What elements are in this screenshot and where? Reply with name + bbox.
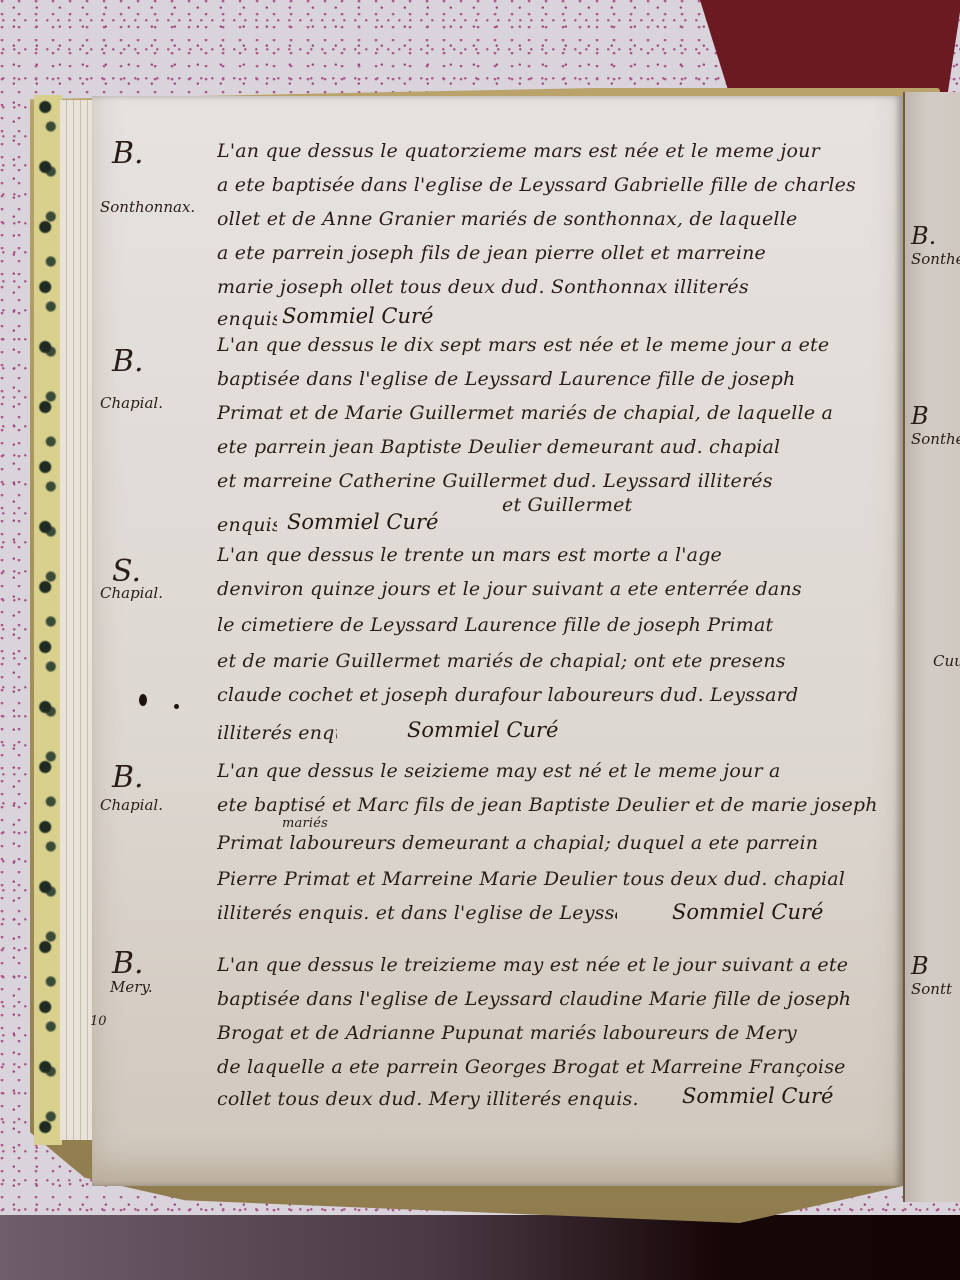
- register-page: B. Sonthonnax. L'an que dessus le quator…: [92, 96, 902, 1186]
- facing-note-letter: B.: [911, 222, 960, 250]
- entry-line: L'an que dessus le quatorzieme mars est …: [217, 140, 902, 162]
- entry-line: denviron quinze jours et le jour suivant…: [217, 578, 902, 600]
- facing-note: B Sonthe: [911, 402, 960, 448]
- entry-line: ete baptisé et Marc fils de jean Baptist…: [217, 794, 902, 816]
- entry-line: Primat laboureurs demeurant a chapial; d…: [217, 832, 902, 854]
- entry-line: a ete baptisée dans l'eglise de Leyssard…: [217, 174, 902, 196]
- entry-line: a ete parrein joseph fils de jean pierre…: [217, 242, 902, 264]
- entry-line: ollet et de Anne Granier mariés de sonth…: [217, 208, 902, 230]
- entry-line: marie joseph ollet tous deux dud. Sontho…: [217, 276, 902, 298]
- facing-note-place: Sontt: [911, 980, 952, 998]
- facing-note-place: Cuu: [933, 652, 960, 670]
- entry-place: Sonthonnax.: [100, 198, 195, 216]
- entry-type-mark: B.: [112, 946, 144, 981]
- entry-line: collet tous deux dud. Mery illiterés enq…: [217, 1088, 657, 1110]
- facing-note: B. Sonthe: [911, 222, 960, 268]
- entry-line: L'an que dessus le seizieme may est né e…: [217, 760, 902, 782]
- priest-signature: Sommiel Curé: [672, 900, 823, 924]
- entry-place: Chapial.: [100, 394, 163, 412]
- entry-type-mark: B.: [112, 760, 144, 795]
- entry-type-mark: B.: [112, 344, 144, 379]
- entry-line: Pierre Primat et Marreine Marie Deulier …: [217, 868, 902, 890]
- entry-line: L'an que dessus le dix sept mars est née…: [217, 334, 902, 356]
- facing-note-place: Sonthe: [911, 430, 960, 448]
- facing-note: Cuu: [933, 652, 960, 670]
- entry-line: de laquelle a ete parrein Georges Brogat…: [217, 1056, 902, 1078]
- facing-note-letter: B: [911, 402, 960, 430]
- entry-line: et marreine Catherine Guillermet dud. Le…: [217, 470, 902, 492]
- entry-line: Brogat et de Adrianne Pupunat mariés lab…: [217, 1022, 902, 1044]
- entry-line: baptisée dans l'eglise de Leyssard claud…: [217, 988, 902, 1010]
- priest-signature: Sommiel Curé: [287, 510, 438, 534]
- priest-signature: Sommiel Curé: [407, 718, 558, 742]
- marbled-page-edge: [34, 95, 62, 1145]
- entry-line: Primat et de Marie Guillermet mariés de …: [217, 402, 902, 424]
- entry-line: et de marie Guillermet mariés de chapial…: [217, 650, 902, 672]
- priest-signature: Sommiel Curé: [682, 1084, 833, 1108]
- facing-note-place: Sonthe: [911, 250, 960, 268]
- entry-line: illiterés enquis.: [217, 722, 337, 744]
- facing-page: B. Sonthe B Sonthe Cuu B Sontt: [903, 92, 960, 1202]
- entry-line: le cimetiere de Leyssard Laurence fille …: [217, 614, 902, 636]
- entry-line: enquis.: [217, 308, 277, 330]
- entry-place: Chapial.: [100, 584, 163, 602]
- entry-line: L'an que dessus le trente un mars est mo…: [217, 544, 902, 566]
- entry-place: Mery.: [110, 978, 153, 996]
- entry-line: baptisée dans l'eglise de Leyssard Laure…: [217, 368, 902, 390]
- entry-place: Chapial.: [100, 796, 163, 814]
- ink-blot: [139, 694, 147, 706]
- margin-number: 10: [90, 1014, 107, 1029]
- entry-line: L'an que dessus le treizieme may est née…: [217, 954, 902, 976]
- priest-signature: Sommiel Curé: [282, 304, 433, 328]
- entry-line: ete parrein jean Baptiste Deulier demeur…: [217, 436, 902, 458]
- dark-bottom-strip: [0, 1215, 960, 1280]
- interlinear-note: mariés: [282, 816, 362, 831]
- entry-line: illiterés enquis. et dans l'eglise de Le…: [217, 902, 617, 924]
- interlinear-note: et Guillermet: [502, 494, 702, 516]
- facing-note-letter: B: [911, 952, 952, 980]
- facing-note: B Sontt: [911, 952, 952, 998]
- entry-type-mark: B.: [112, 136, 144, 171]
- entry-line: enquis.: [217, 514, 277, 536]
- entry-line: claude cochet et joseph durafour laboure…: [217, 684, 902, 706]
- ink-blot: [174, 704, 179, 709]
